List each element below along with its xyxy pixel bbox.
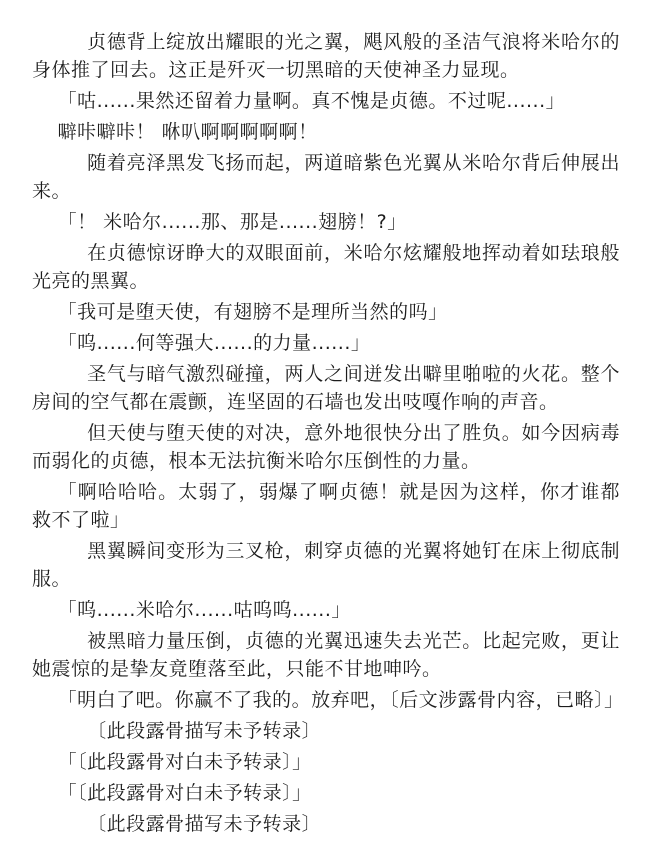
paragraph: 「〔此段露骨对白未予转录〕」 bbox=[32, 779, 620, 807]
novel-page: 贞德背上绽放出耀眼的光之翼，飓风般的圣洁气浪将米哈尔的身体推了回去。这正是歼灭一… bbox=[0, 0, 650, 850]
paragraph: 「啊哈哈哈。太弱了，弱爆了啊贞德！就是因为这样，你才谁都救不了啦」 bbox=[32, 478, 620, 534]
paragraph: 噼咔噼咔！ 咻叭啊啊啊啊啊！ bbox=[32, 118, 620, 146]
paragraph: 圣气与暗气激烈碰撞，两人之间迸发出噼里啪啦的火花。整个房间的空气都在震颤，连坚固… bbox=[32, 360, 620, 416]
paragraph: 〔此段露骨描写未予转录〕 bbox=[32, 810, 620, 838]
paragraph: 贞德背上绽放出耀眼的光之翼，飓风般的圣洁气浪将米哈尔的身体推了回去。这正是歼灭一… bbox=[32, 28, 620, 84]
paragraph: 黑翼瞬间变形为三叉枪，刺穿贞德的光翼将她钉在床上彻底制服。 bbox=[32, 537, 620, 593]
paragraph: 「〔此段露骨对白未予转录〕」 bbox=[32, 748, 620, 776]
paragraph: 「呜......何等强大......的力量......」 bbox=[32, 329, 620, 357]
paragraph: 「！ 米哈尔......那、那是......翅膀！?」 bbox=[32, 208, 620, 236]
paragraph: 被黑暗力量压倒，贞德的光翼迅速失去光芒。比起完败，更让她震惊的是挚友竟堕落至此，… bbox=[32, 627, 620, 683]
paragraph: 〔此段露骨描写未予转录〕 bbox=[32, 717, 620, 745]
paragraph: 「我可是堕天使，有翅膀不是理所当然的吗」 bbox=[32, 298, 620, 326]
paragraph: 「呜......米哈尔......咕呜呜......」 bbox=[32, 596, 620, 624]
novel-text: 贞德背上绽放出耀眼的光之翼，飓风般的圣洁气浪将米哈尔的身体推了回去。这正是歼灭一… bbox=[32, 28, 620, 838]
paragraph: 在贞德惊讶睁大的双眼面前，米哈尔炫耀般地挥动着如珐琅般光亮的黑翼。 bbox=[32, 239, 620, 295]
paragraph: 「咕......果然还留着力量啊。真不愧是贞德。不过呢......」 bbox=[32, 87, 620, 115]
paragraph: 但天使与堕天使的对决，意外地很快分出了胜负。如今因病毒而弱化的贞德，根本无法抗衡… bbox=[32, 419, 620, 475]
paragraph: 「明白了吧。你赢不了我的。放弃吧，〔后文涉露骨内容，已略〕」 bbox=[32, 686, 620, 714]
paragraph: 随着亮泽黑发飞扬而起，两道暗紫色光翼从米哈尔背后伸展出来。 bbox=[32, 149, 620, 205]
